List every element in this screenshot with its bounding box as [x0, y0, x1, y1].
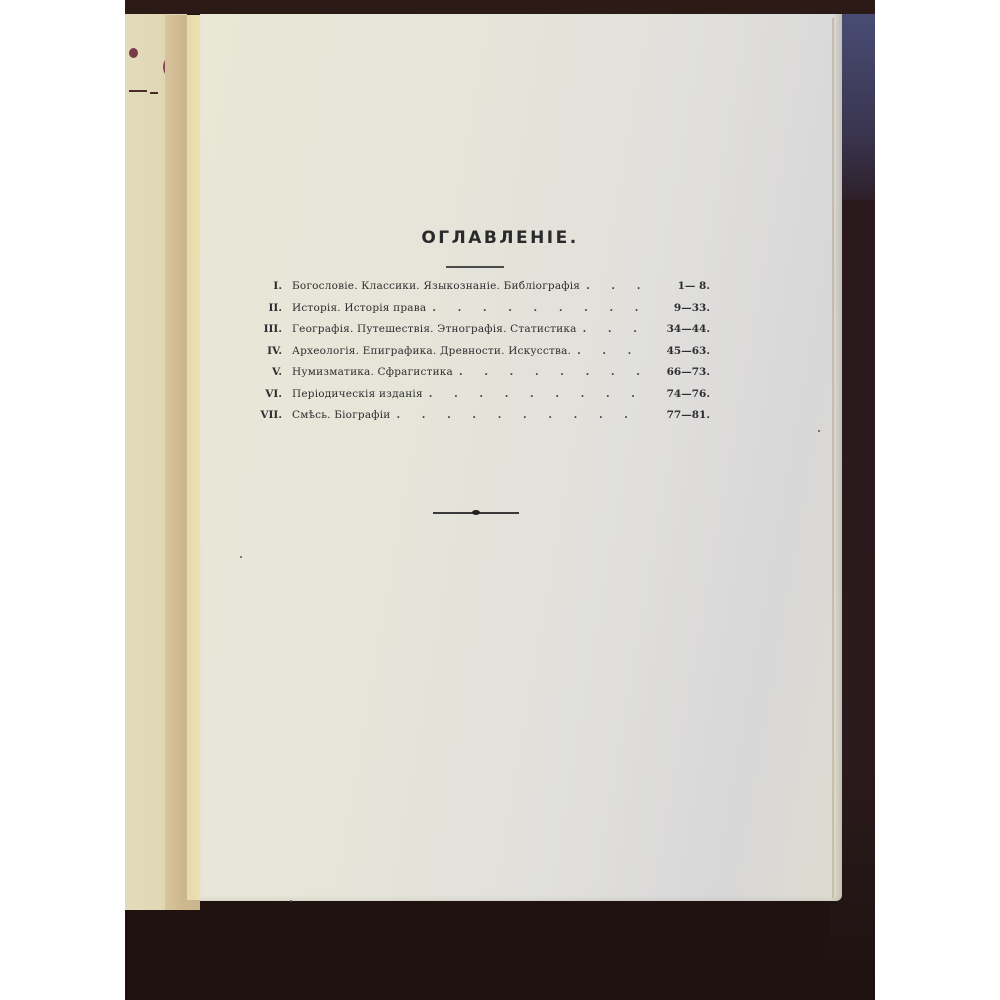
- toc-leader: . . . . . . . . . . . . . . . . . . . . …: [459, 366, 644, 378]
- table-of-contents: I. Богословіе. Классики. Языкознаніе. Би…: [250, 280, 710, 431]
- toc-leader: . . . . . . . . . . . . . . . . . . . . …: [577, 345, 644, 357]
- toc-leader: . . . . . . . . . . . . . . . . . . . . …: [429, 388, 644, 400]
- toc-title: Смѣсь. Біографіи: [292, 409, 390, 421]
- book-page: [200, 8, 842, 901]
- toc-number: VII.: [250, 409, 292, 421]
- toc-number: VI.: [250, 388, 292, 400]
- top-shadow: [125, 0, 875, 14]
- toc-leader: . . . . . . . . . . . . . . . . . . . . …: [432, 302, 644, 314]
- ink-mark: [150, 92, 158, 94]
- toc-number: III.: [250, 323, 292, 335]
- toc-title: Богословіе. Классики. Языкознаніе. Библі…: [292, 280, 580, 292]
- ink-mark: [129, 90, 147, 92]
- toc-number: V.: [250, 366, 292, 378]
- paper-speck: [290, 900, 292, 902]
- toc-title: Нумизматика. Сфрагистика: [292, 366, 453, 378]
- toc-title: Періодическія изданія: [292, 388, 423, 400]
- toc-number: I.: [250, 280, 292, 292]
- toc-pages: 45—63.: [650, 345, 710, 357]
- toc-row: IV. Археологія. Епиграфика. Древности. И…: [250, 345, 710, 367]
- paper-speck: [240, 556, 242, 558]
- toc-title: Географія. Путешествія. Этнографія. Стат…: [292, 323, 577, 335]
- toc-title: Археологія. Епиграфика. Древности. Искус…: [292, 345, 571, 357]
- toc-row: II. Исторія. Исторія права . . . . . . .…: [250, 302, 710, 324]
- page-title: ОГЛАВЛЕНІЕ.: [0, 228, 1000, 248]
- paper-speck: [818, 430, 820, 432]
- toc-pages: 77—81.: [650, 409, 710, 421]
- toc-number: II.: [250, 302, 292, 314]
- ink-stain: [129, 48, 138, 58]
- toc-leader: . . . . . . . . . . . . . . . . . . . . …: [396, 409, 644, 421]
- toc-number: IV.: [250, 345, 292, 357]
- toc-pages: 9—33.: [650, 302, 710, 314]
- toc-pages: 1— 8.: [650, 280, 710, 292]
- toc-title: Исторія. Исторія права: [292, 302, 426, 314]
- ornamental-rule: [433, 512, 519, 514]
- toc-pages: 66—73.: [650, 366, 710, 378]
- book-photo: [125, 0, 875, 1000]
- toc-row: III. Географія. Путешествія. Этнографія.…: [250, 323, 710, 345]
- toc-row: I. Богословіе. Классики. Языкознаніе. Би…: [250, 280, 710, 302]
- toc-leader: . . . . . . . . . . . . . . . . . . . . …: [583, 323, 644, 335]
- toc-row: VII. Смѣсь. Біографіи . . . . . . . . . …: [250, 409, 710, 431]
- toc-row: V. Нумизматика. Сфрагистика . . . . . . …: [250, 366, 710, 388]
- toc-pages: 34—44.: [650, 323, 710, 335]
- toc-row: VI. Періодическія изданія . . . . . . . …: [250, 388, 710, 410]
- toc-leader: . . . . . . . . . . . . . . . . . . . . …: [586, 280, 644, 292]
- toc-pages: 74—76.: [650, 388, 710, 400]
- title-rule: [446, 266, 504, 268]
